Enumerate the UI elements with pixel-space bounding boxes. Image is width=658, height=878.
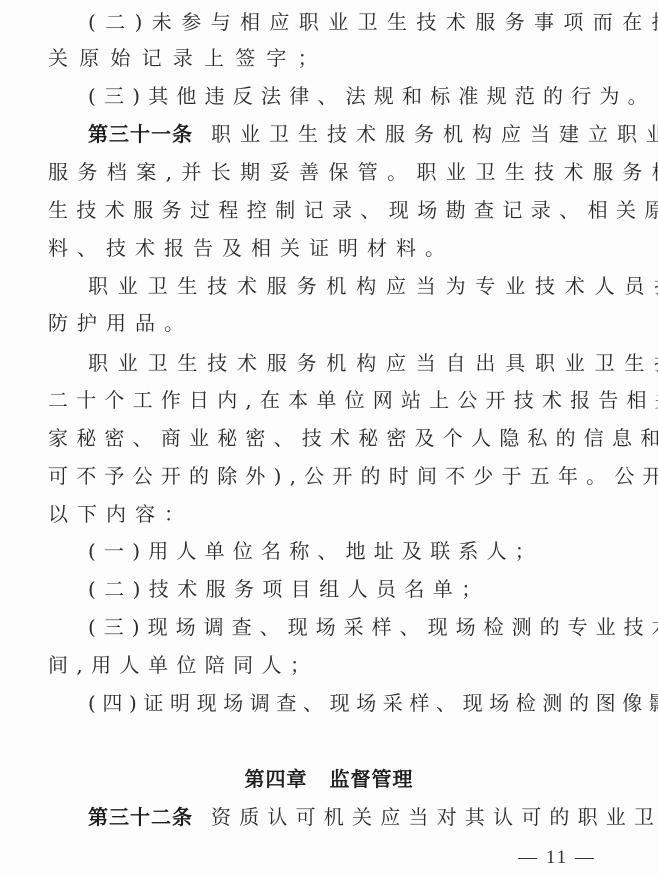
- item-3: (三)其他违反法律、法规和标准规范的行为。: [88, 80, 614, 112]
- disclosure-item-1: (一)用人单位名称、地址及联系人；: [88, 535, 614, 567]
- chapter-title: 监督管理: [330, 767, 414, 791]
- article-32-first-line: 第三十二条资质认可机关应当对其认可的职业卫生技术服: [88, 801, 614, 833]
- page-number: — 11 —: [512, 843, 602, 873]
- disclosure-line-3: 家秘密、商业秘密、技术秘密及个人隐私的信息和法律、法规规定: [48, 422, 614, 454]
- article-31-line-3: 生技术服务过程控制记录、现场勘查记录、相关原始记录、影像资: [48, 194, 614, 226]
- article-32-label: 第三十二条: [88, 805, 193, 829]
- article-31-first-line: 第三十一条职业卫生技术服务机构应当建立职业卫生技术: [88, 118, 614, 150]
- article-31-label: 第三十一条: [88, 122, 193, 146]
- chapter-number: 第四章: [245, 767, 308, 791]
- disclosure-line-2: 二十个工作日内,在本单位网站上公开技术报告相关信息(涉及国: [48, 384, 614, 416]
- item-2-line-1: (二)未参与相应职业卫生技术服务事项而在技术报告或者有: [88, 6, 614, 38]
- disclosure-item-3-line-1: (三)现场调查、现场采样、现场检测的专业技术人员名单、时: [88, 611, 614, 643]
- ppe-line-1: 职业卫生技术服务机构应当为专业技术人员提供必要的个体: [88, 270, 614, 302]
- disclosure-line-5: 以下内容：: [48, 498, 614, 530]
- ppe-line-2: 防护用品。: [48, 307, 614, 339]
- disclosure-item-4: (四)证明现场调查、现场采样、现场检测的图像影像。: [88, 687, 614, 719]
- disclosure-line-1: 职业卫生技术服务机构应当自出具职业卫生技术报告之日起: [88, 347, 614, 379]
- disclosure-line-4: 可不予公开的除外),公开的时间不少于五年。公开的信息应包括: [48, 460, 614, 492]
- item-2-line-2: 关原始记录上签字；: [48, 42, 614, 74]
- article-31-text: 职业卫生技术服务机构应当建立职业卫生技术: [211, 122, 658, 146]
- document-page: (二)未参与相应职业卫生技术服务事项而在技术报告或者有 关原始记录上签字； (三…: [0, 0, 658, 878]
- disclosure-item-3-line-2: 间,用人单位陪同人；: [48, 649, 614, 681]
- article-32-text: 资质认可机关应当对其认可的职业卫生技术服: [211, 805, 658, 829]
- chapter-heading: 第四章监督管理: [0, 763, 658, 795]
- disclosure-item-2: (二)技术服务项目组人员名单；: [88, 573, 614, 605]
- article-31-line-4: 料、技术报告及相关证明材料。: [48, 232, 614, 264]
- article-31-line-2: 服务档案,并长期妥善保管。职业卫生技术服务档案包括职业卫: [48, 156, 614, 188]
